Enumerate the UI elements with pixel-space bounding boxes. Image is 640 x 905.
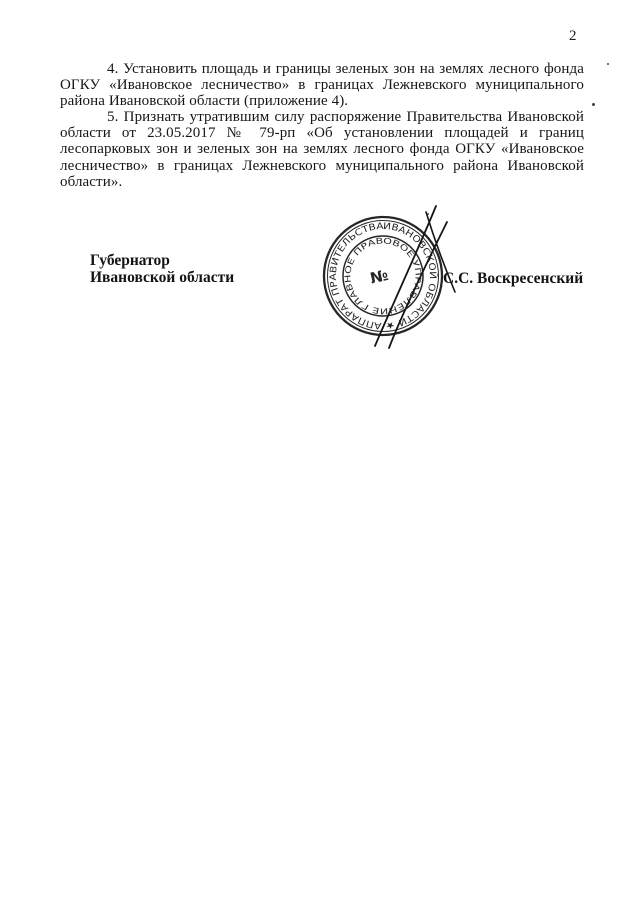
document-body: 4. Установить площадь и границы зеленых … <box>60 61 584 190</box>
scan-speck <box>427 213 429 215</box>
document-page: { "page": { "number": "2", "paragraphs":… <box>0 0 640 905</box>
page-number: 2 <box>569 28 577 45</box>
stamp-number-sign: № <box>368 266 390 288</box>
signatory-name: С.С. Воскресенский <box>443 270 583 288</box>
stamp-and-signature-graphic: ИВАНОВСКОЙ ОБЛАСТИ ★ АППАРАТ ПРАВИТЕЛЬСТ… <box>318 198 458 351</box>
signatory-title-line1: Губернатор <box>90 253 234 270</box>
signatory-title: Губернатор Ивановской области <box>90 253 234 286</box>
official-stamp: ИВАНОВСКОЙ ОБЛАСТИ ★ АППАРАТ ПРАВИТЕЛЬСТ… <box>318 198 458 351</box>
paragraph-item-4: 4. Установить площадь и границы зеленых … <box>60 61 584 109</box>
paragraph-item-5: 5. Признать утратившим силу распоряжение… <box>60 109 584 189</box>
signatory-title-line2: Ивановской области <box>90 270 234 287</box>
scan-speck <box>607 63 609 65</box>
scan-speck <box>592 103 595 106</box>
